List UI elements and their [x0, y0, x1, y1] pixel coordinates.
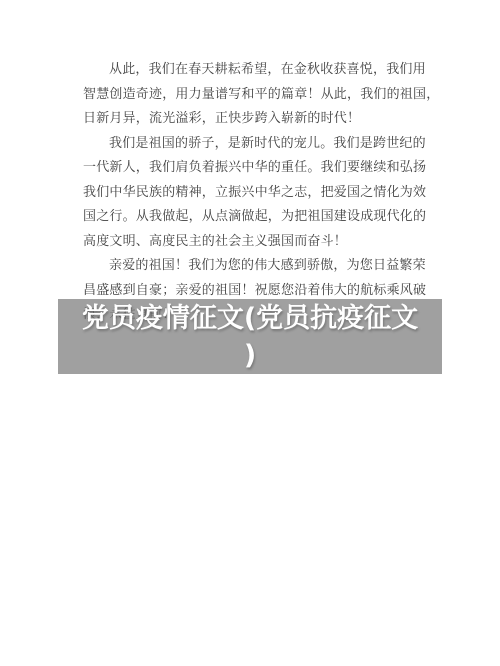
doc-text-line: 国之行。从我做起，从点滴做起，为把祖国建设成现代化的 — [83, 205, 423, 230]
doc-text-line: 高度文明、高度民主的社会主义强国而奋斗！ — [83, 230, 423, 255]
doc-text-line: 日新月异，流光溢彩，正快步跨入崭新的时代！ — [83, 107, 423, 132]
doc-text-line: 我们是祖国的骄子，是新时代的宠儿。我们是跨世纪的 — [83, 132, 423, 157]
essay-text-block: 从此，我们在春天耕耘希望，在金秋收获喜悦，我们用 智慧创造奇迹，用力量谱写和平的… — [83, 58, 423, 328]
page-title-line-2: ) — [244, 337, 256, 374]
doc-text-line: 一代新人，我们肩负着振兴中华的重任。我们要继续和弘扬 — [83, 156, 423, 181]
document-page: 从此，我们在春天耕耘希望，在金秋收获喜悦，我们用 智慧创造奇迹，用力量谱写和平的… — [0, 0, 500, 666]
page-title-line-1: 党员疫情征文(党员抗疫征文 — [82, 300, 418, 337]
doc-text-line: 智慧创造奇迹，用力量谱写和平的篇章！从此，我们的祖国， — [83, 83, 423, 108]
doc-text-line: 我们中华民族的精神，立振兴中华之志，把爱国之情化为效 — [83, 181, 423, 206]
title-overlay-band: 党员疫情征文(党员抗疫征文 ) — [58, 299, 442, 374]
doc-text-line: 亲爱的祖国！我们为您的伟大感到骄傲，为您日益繁荣 — [83, 254, 423, 279]
doc-text-line: 从此，我们在春天耕耘希望，在金秋收获喜悦，我们用 — [83, 58, 423, 83]
